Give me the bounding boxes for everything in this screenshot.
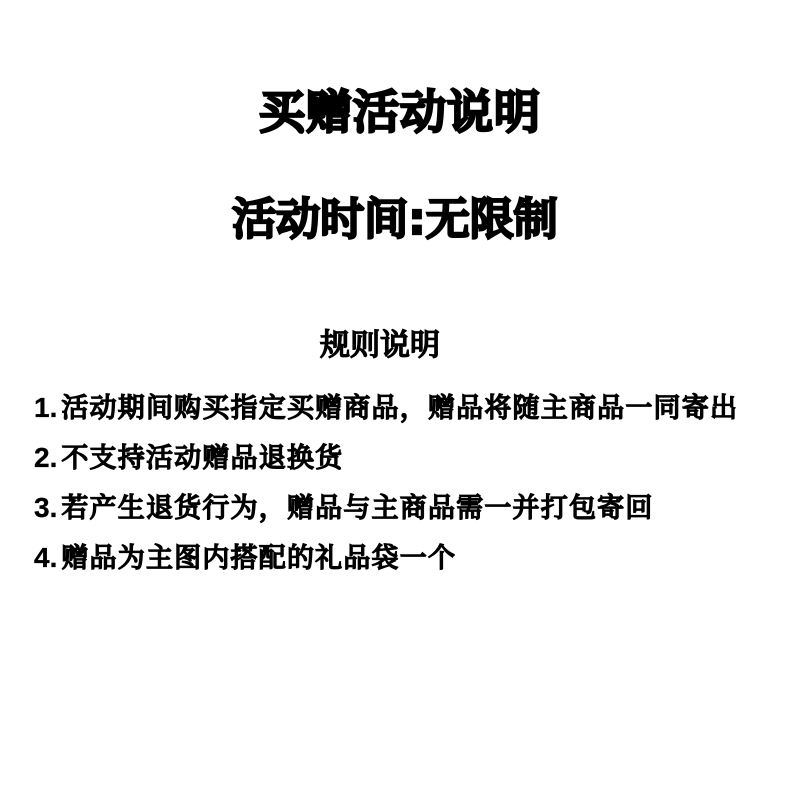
rule-text: 不支持活动赠品退换货 <box>61 443 343 474</box>
rule-text: 若产生退货行为，赠品与主商品需一并打包寄回 <box>61 493 653 524</box>
page-title: 买赠活动说明 <box>0 84 800 140</box>
rule-item: 3.若产生退货行为，赠品与主商品需一并打包寄回 <box>34 488 738 538</box>
rule-number: 2. <box>34 442 57 473</box>
rule-item: 1.活动期间购买指定买赠商品，赠品将随主商品一同寄出 <box>34 388 738 438</box>
promo-rules-page: 买赠活动说明 活动时间:无限制 规则说明 1.活动期间购买指定买赠商品，赠品将随… <box>0 0 800 800</box>
rule-item: 2.不支持活动赠品退换货 <box>34 438 738 488</box>
rule-number: 1. <box>34 392 57 423</box>
rules-heading: 规则说明 <box>0 326 760 366</box>
rule-number: 4. <box>34 542 57 573</box>
rule-text: 赠品为主图内搭配的礼品袋一个 <box>61 543 456 574</box>
rule-item: 4.赠品为主图内搭配的礼品袋一个 <box>34 538 738 588</box>
rule-text: 活动期间购买指定买赠商品，赠品将随主商品一同寄出 <box>61 393 738 424</box>
rules-list: 1.活动期间购买指定买赠商品，赠品将随主商品一同寄出 2.不支持活动赠品退换货 … <box>34 388 738 588</box>
rule-number: 3. <box>34 492 57 523</box>
activity-time: 活动时间:无限制 <box>0 192 790 248</box>
